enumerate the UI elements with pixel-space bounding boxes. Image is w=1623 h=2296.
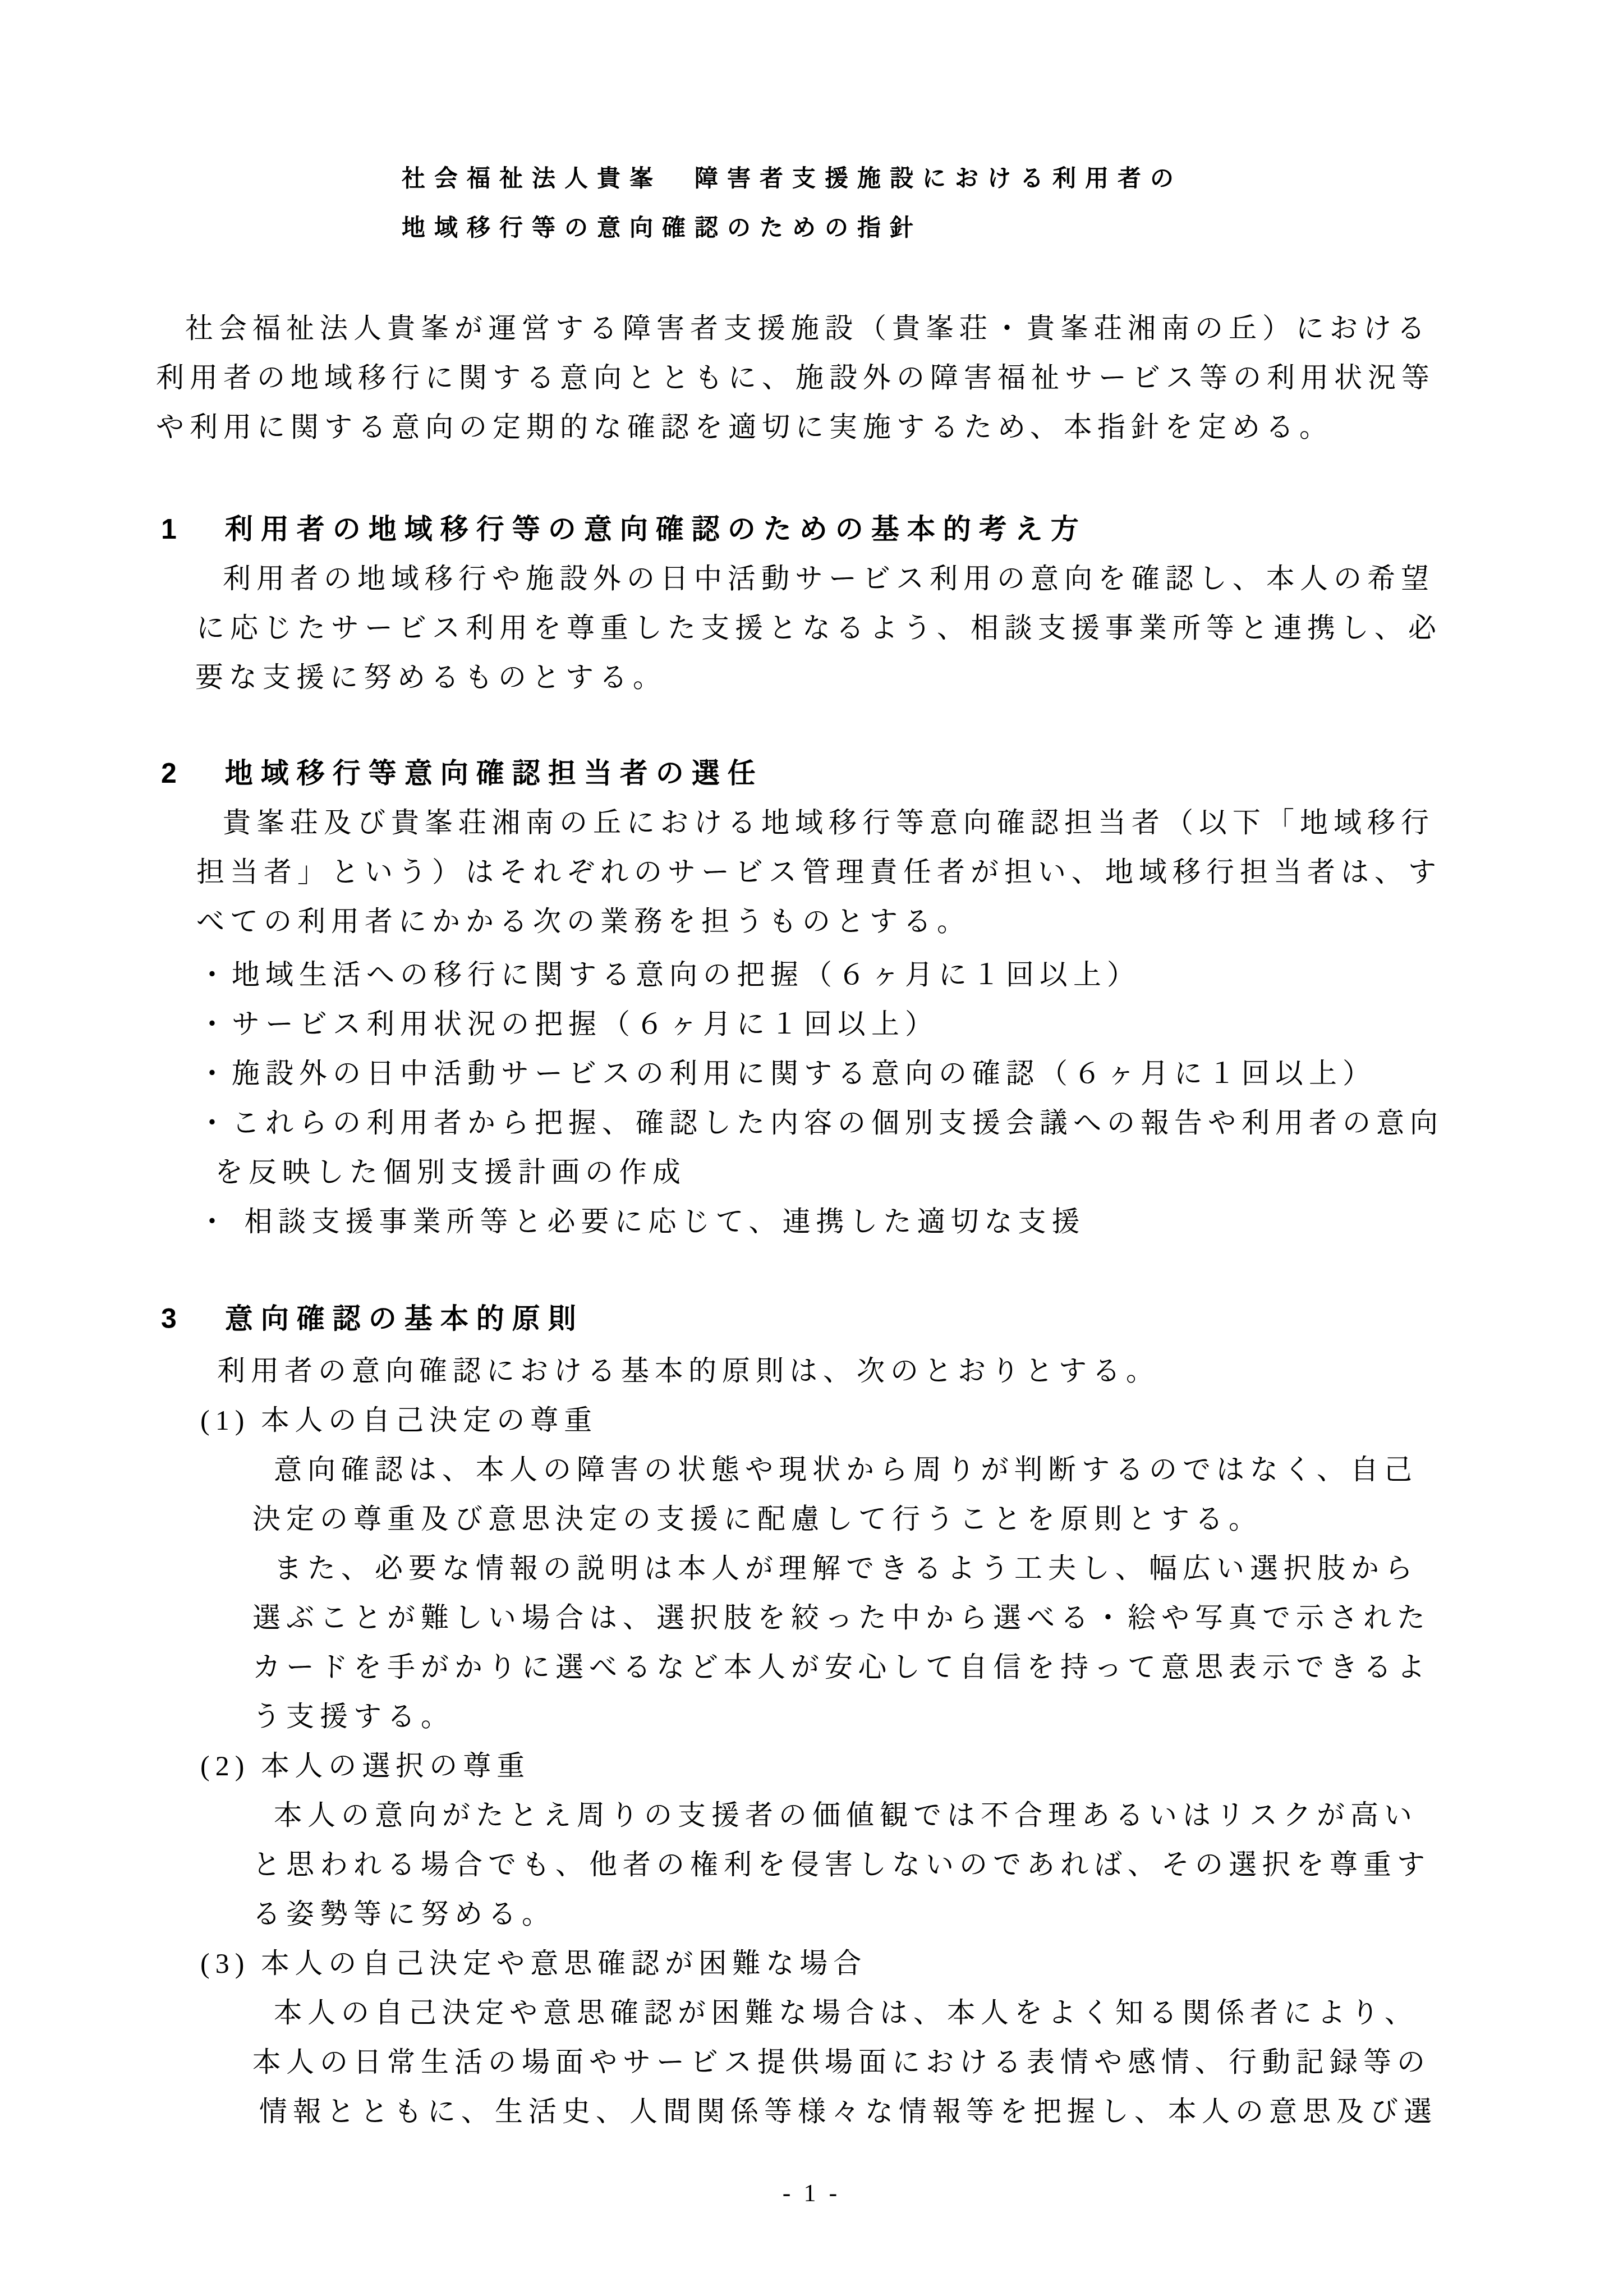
subsection-2-label-line: (2)本人の選択の尊重: [156, 1741, 1437, 1790]
section-3-body: 利用者の意向確認における基本的原則は、次のとおりとする。 (1)本人の自己決定の…: [156, 1346, 1437, 2136]
document-page: { "document": { "title_lines": [ "社会福祉法人…: [0, 0, 1623, 2296]
subsection-2-body-line: る姿勢等に努める。: [156, 1889, 1437, 1939]
section-1-heading-block: 1利用者の地域移行等の意向確認のための基本的考え方: [156, 504, 1087, 554]
subsection-3-body-line: 本人の日常生活の場面やサービス提供場面における表情や感情、行動記録等の: [156, 2037, 1437, 2087]
bullet-item-line: ・これらの利用者から把握、確認した内容の個別支援会議への報告や利用者の意向: [156, 1098, 1443, 1147]
subsection-1-body-line: 意向確認は、本人の障害の状態や現状から周りが判断するのではなく、自己: [156, 1445, 1437, 1494]
section-1-body-line: 利用者の地域移行や施設外の日中活動サービス利用の意向を確認し、本人の希望: [156, 554, 1442, 603]
subsection-2-label: (2): [200, 1750, 250, 1781]
bullet-item-line: ・ 相談支援事業所等と必要に応じて、連携した適切な支援: [156, 1197, 1443, 1246]
bullet-item-line: ・地域生活への移行に関する意向の把握（６ヶ月に１回以上）: [156, 950, 1443, 999]
subsection-1-body-line: カードを手がかりに選べるなど本人が安心して自信を持って意思表示できるよ: [156, 1642, 1437, 1692]
bullet-item-continuation-line: を反映した個別支援計画の作成: [156, 1147, 1443, 1197]
subsection-1-label: (1): [200, 1404, 250, 1436]
subsection-1-title: 本人の自己決定の尊重: [261, 1404, 597, 1436]
intro-line: 社会福祉法人貴峯が運営する障害者支援施設（貴峯荘・貴峯荘湘南の丘）における: [156, 304, 1435, 353]
section-2-heading-block: 2地域移行等意向確認担当者の選任: [156, 749, 764, 798]
section-2-body-line: べての利用者にかかる次の業務を担うものとする。: [156, 897, 1442, 946]
bullet-item-line: ・施設外の日中活動サービスの利用に関する意向の確認（６ヶ月に１回以上）: [156, 1049, 1443, 1098]
intro-line: 利用者の地域移行に関する意向とともに、施設外の障害福祉サービス等の利用状況等: [156, 353, 1435, 402]
section-2-heading: 2地域移行等意向確認担当者の選任: [156, 749, 764, 798]
section-3-body-line: 利用者の意向確認における基本的原則は、次のとおりとする。: [156, 1346, 1437, 1395]
subsection-1-body-line: 選ぶことが難しい場合は、選択肢を絞った中から選べる・絵や写真で示された: [156, 1593, 1437, 1642]
doc-title-line-2: 地域移行等の意向確認のための指針: [156, 203, 1183, 252]
section-3-number: 3: [161, 1303, 185, 1334]
subsection-1-body-line: う支援する。: [156, 1692, 1437, 1741]
section-2-body: 貴峯荘及び貴峯荘湘南の丘における地域移行等意向確認担当者（以下「地域移行 担当者…: [156, 798, 1442, 946]
section-2-heading-text: 地域移行等意向確認担当者の選任: [225, 757, 764, 789]
section-1-number: 1: [161, 513, 185, 545]
section-1-heading: 1利用者の地域移行等の意向確認のための基本的考え方: [156, 504, 1087, 554]
doc-title-block: 社会福祉法人貴峯 障害者支援施設における利用者の 地域移行等の意向確認のための指…: [156, 154, 1183, 252]
intro-line: や利用に関する意向の定期的な確認を適切に実施するため、本指針を定める。: [156, 402, 1435, 452]
subsection-2-title: 本人の選択の尊重: [261, 1750, 530, 1781]
section-1-body: 利用者の地域移行や施設外の日中活動サービス利用の意向を確認し、本人の希望 に応じ…: [156, 554, 1442, 702]
section-3-heading: 3意向確認の基本的原則: [156, 1294, 584, 1343]
subsection-2-body-line: と思われる場合でも、他者の権利を侵害しないのであれば、その選択を尊重す: [156, 1840, 1437, 1889]
section-2-body-line: 担当者」という）はそれぞれのサービス管理責任者が担い、地域移行担当者は、す: [156, 847, 1442, 897]
bullet-item-line: ・サービス利用状況の把握（６ヶ月に１回以上）: [156, 999, 1443, 1049]
section-2-body-line: 貴峯荘及び貴峯荘湘南の丘における地域移行等意向確認担当者（以下「地域移行: [156, 798, 1442, 847]
page-number: - 1 -: [783, 2179, 840, 2207]
section-2-bullet-list: ・地域生活への移行に関する意向の把握（６ヶ月に１回以上） ・サービス利用状況の把…: [156, 950, 1443, 1246]
subsection-3-title: 本人の自己決定や意思確認が困難な場合: [261, 1948, 867, 1979]
subsection-3-label: (3): [200, 1948, 250, 1979]
subsection-1-body-line: 決定の尊重及び意思決定の支援に配慮して行うことを原則とする。: [156, 1494, 1437, 1544]
subsection-3-body-line: 情報とともに、生活史、人間関係等様々な情報等を把握し、本人の意思及び選: [156, 2087, 1437, 2136]
intro-paragraph: 社会福祉法人貴峯が運営する障害者支援施設（貴峯荘・貴峯荘湘南の丘）における 利用…: [156, 304, 1435, 452]
section-3-heading-text: 意向確認の基本的原則: [225, 1303, 584, 1334]
section-2-number: 2: [161, 757, 185, 789]
page-footer: - 1 -: [0, 2179, 1623, 2207]
subsection-3-label-line: (3)本人の自己決定や意思確認が困難な場合: [156, 1939, 1437, 1988]
section-3-heading-block: 3意向確認の基本的原則: [156, 1294, 584, 1343]
section-1-heading-text: 利用者の地域移行等の意向確認のための基本的考え方: [225, 513, 1087, 545]
subsection-2-body-line: 本人の意向がたとえ周りの支援者の価値観では不合理あるいはリスクが高い: [156, 1790, 1437, 1840]
section-1-body-line: に応じたサービス利用を尊重した支援となるよう、相談支援事業所等と連携し、必: [156, 603, 1442, 653]
subsection-1-label-line: (1)本人の自己決定の尊重: [156, 1395, 1437, 1445]
doc-title-line-1: 社会福祉法人貴峯 障害者支援施設における利用者の: [156, 154, 1183, 203]
section-1-body-line: 要な支援に努めるものとする。: [156, 653, 1442, 702]
subsection-1-body-line: また、必要な情報の説明は本人が理解できるよう工夫し、幅広い選択肢から: [156, 1544, 1437, 1593]
subsection-3-body-line: 本人の自己決定や意思確認が困難な場合は、本人をよく知る関係者により、: [156, 1988, 1437, 2037]
